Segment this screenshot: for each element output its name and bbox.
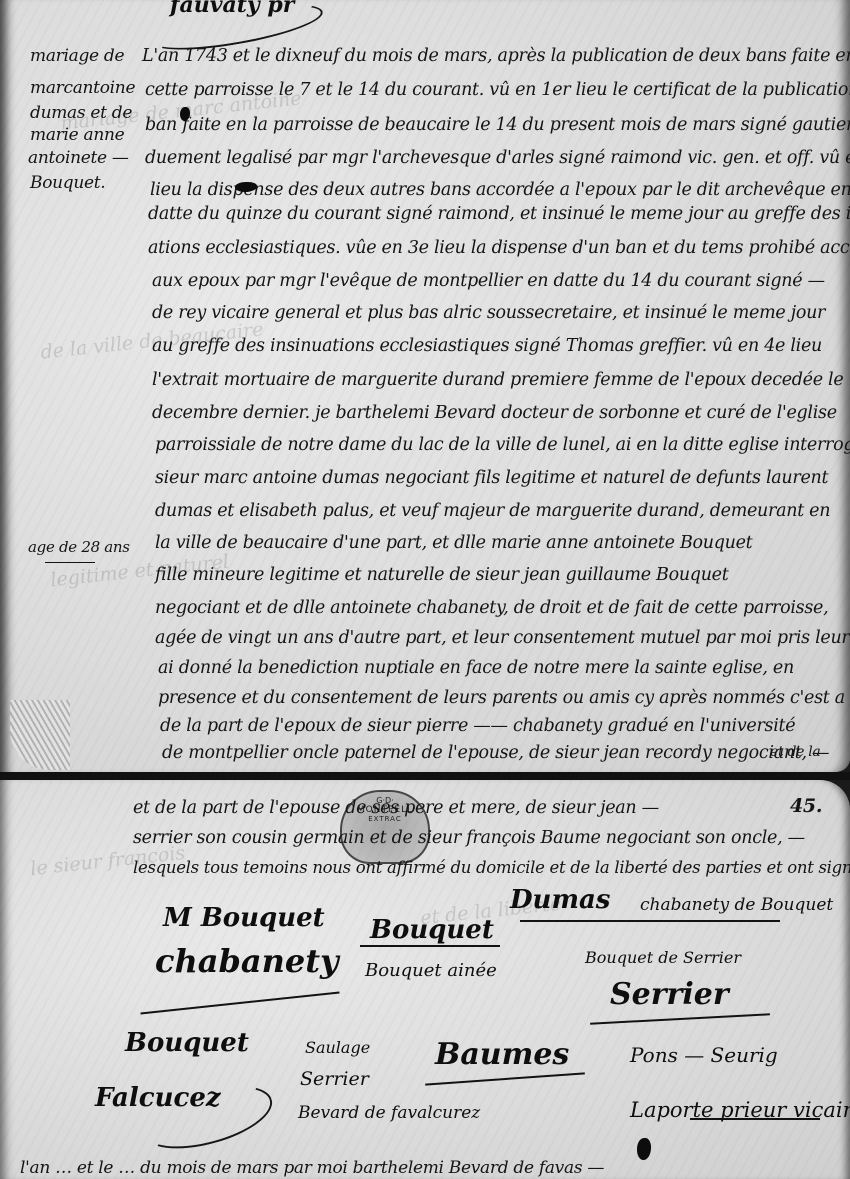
signature: Pons — Seurig bbox=[630, 1045, 778, 1065]
signature: Bouquet bbox=[370, 917, 494, 943]
register-line: la ville de beaucaire d'une part, et dll… bbox=[155, 535, 752, 553]
signature: Dumas bbox=[510, 887, 610, 913]
page-corner-curl bbox=[10, 700, 70, 770]
signature-flourish bbox=[360, 945, 500, 947]
register-page-top: mariage de marc antoine de la ville de b… bbox=[0, 0, 850, 772]
register-line: fille mineure legitime et naturelle de s… bbox=[155, 567, 728, 585]
margin-note-line: dumas et de bbox=[30, 105, 132, 122]
register-line: l'an … et le … du mois de mars par moi b… bbox=[20, 1160, 604, 1177]
register-line: aux epoux par mgr l'evêque de montpellie… bbox=[152, 273, 825, 291]
register-line: parroissiale de notre dame du lac de la … bbox=[155, 437, 850, 455]
register-line: decembre dernier. je barthelemi Bevard d… bbox=[152, 405, 837, 423]
folio-number: 45. bbox=[790, 797, 822, 816]
register-line: duement legalisé par mgr l'archevesque d… bbox=[145, 150, 850, 168]
register-line: presence et du consentement de leurs par… bbox=[158, 690, 850, 708]
signature: Bevard de favalcurez bbox=[298, 1105, 480, 1122]
signature: Serrier bbox=[610, 980, 729, 1010]
margin-note-line: marie anne bbox=[30, 127, 124, 144]
register-line: ban faite en la parroisse de beaucaire l… bbox=[145, 117, 850, 135]
register-line: de montpellier oncle paternel de l'epous… bbox=[162, 745, 829, 763]
margin-note-line: Bouquet. bbox=[30, 175, 105, 192]
margin-note-line: mariage de bbox=[30, 48, 124, 65]
page-gap bbox=[0, 772, 850, 780]
signature-flourish bbox=[520, 920, 780, 922]
register-line: datte du quinze du courant signé raimond… bbox=[148, 206, 850, 224]
signature: Bouquet ainée bbox=[365, 962, 497, 980]
register-line: et de la part de l'epouse de ses pere et… bbox=[133, 800, 659, 818]
signature: Baumes bbox=[435, 1040, 569, 1070]
signature: Serrier bbox=[300, 1070, 369, 1089]
register-line: ations ecclesiastiques. vûe en 3e lieu l… bbox=[148, 240, 850, 258]
register-line: negociant et de dlle antoinete chabanety… bbox=[155, 600, 828, 618]
margin-note-line: marcantoine bbox=[30, 80, 135, 97]
signature: Saulage bbox=[305, 1040, 370, 1056]
margin-note-line: antoinete — bbox=[28, 150, 129, 167]
register-line: L'an 1743 et le dixneuf du mois de mars,… bbox=[142, 48, 850, 66]
signature: M Bouquet bbox=[163, 905, 325, 931]
register-line: l'extrait mortuaire de marguerite durand… bbox=[152, 372, 850, 390]
signature: Bouquet de Serrier bbox=[585, 950, 741, 966]
register-line: agée de vingt un ans d'autre part, et le… bbox=[155, 630, 850, 648]
register-line: lesquels tous temoins nous ont affirmé d… bbox=[133, 860, 850, 877]
register-line: serrier son cousin germain et de sieur f… bbox=[133, 830, 805, 848]
catchword: et de la bbox=[770, 745, 820, 759]
register-line: dumas et elisabeth palus, et veuf majeur… bbox=[155, 503, 830, 521]
margin-age-note: age de 28 ans bbox=[28, 540, 130, 555]
register-line: sieur marc antoine dumas negociant fils … bbox=[155, 470, 828, 488]
signature: Bouquet bbox=[125, 1030, 249, 1056]
signature: chabanety de Bouquet bbox=[640, 897, 833, 914]
margin-underline bbox=[45, 562, 95, 563]
signature: chabanety bbox=[155, 945, 339, 977]
register-line: cette parroisse le 7 et le 14 du courant… bbox=[145, 82, 850, 100]
signature-flourish bbox=[690, 1118, 820, 1120]
register-line: ai donné la benediction nuptiale en face… bbox=[158, 660, 794, 678]
register-line: de rey vicaire general et plus bas alric… bbox=[152, 305, 825, 323]
register-line: de la part de l'epoux de sieur pierre ——… bbox=[160, 718, 795, 736]
register-line: au greffe des insinuations ecclesiastiqu… bbox=[152, 338, 822, 356]
